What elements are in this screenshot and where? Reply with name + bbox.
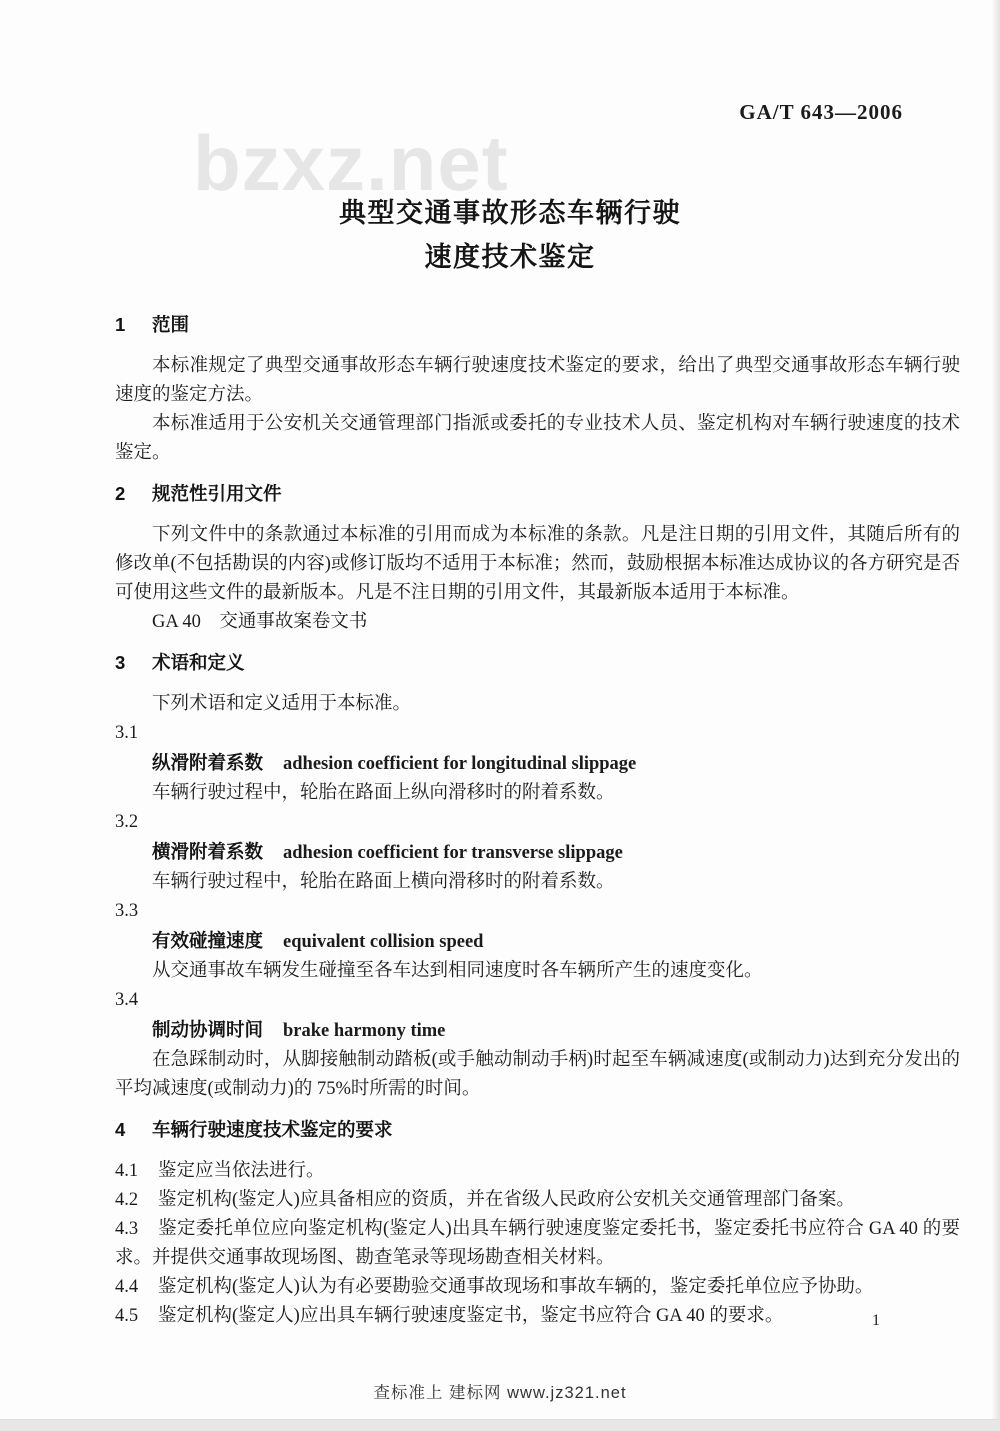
document-page: GA/T 643—2006 bzxz.net 典型交通事故形态车辆行驶 速度技术… — [0, 0, 1000, 1431]
term-3-1-definition: 车辆行驶过程中，轮胎在路面上纵向滑移时的附着系数。 — [115, 779, 960, 808]
term-3-2-name-zh: 横滑附着系数 — [152, 841, 263, 862]
section-1-paragraph-2: 本标准适用于公安机关交通管理部门指派或委托的专业技术人员、鉴定机构对车辆行驶速度… — [115, 410, 960, 468]
section-3-number: 3 — [115, 648, 152, 677]
term-3-1-name-en: adhesion coefficient for longitudinal sl… — [283, 754, 636, 774]
section-1-title: 范围 — [152, 314, 189, 335]
clause-4-2: 4.2鉴定机构(鉴定人)应具备相应的资质，并在省级人民政府公安机关交通管理部门备… — [115, 1186, 960, 1215]
term-3-1-number: 3.1 — [115, 719, 960, 748]
clause-4-5-number: 4.5 — [115, 1302, 158, 1331]
section-1-heading: 1范围 — [115, 310, 960, 339]
clause-4-2-number: 4.2 — [115, 1186, 158, 1215]
scan-edge-bottom — [0, 1419, 1000, 1431]
section-2-paragraph-1: 下列文件中的条款通过本标准的引用而成为本标准的条款。凡是注日期的引用文件，其随后… — [115, 521, 960, 608]
clause-4-3: 4.3鉴定委托单位应向鉴定机构(鉴定人)出具车辆行驶速度鉴定委托书，鉴定委托书应… — [115, 1215, 960, 1273]
section-3-heading: 3术语和定义 — [115, 648, 960, 677]
clause-4-5: 4.5鉴定机构(鉴定人)应出具车辆行驶速度鉴定书，鉴定书应符合 GA 40 的要… — [115, 1302, 960, 1331]
document-title: 典型交通事故形态车辆行驶 速度技术鉴定 — [0, 191, 1000, 279]
section-1-paragraph-1: 本标准规定了典型交通事故形态车辆行驶速度技术鉴定的要求，给出了典型交通事故形态车… — [115, 352, 960, 410]
section-3-intro: 下列术语和定义适用于本标准。 — [115, 690, 960, 719]
term-3-3-name-en: equivalent collision speed — [283, 932, 483, 952]
term-3-2-definition: 车辆行驶过程中，轮胎在路面上横向滑移时的附着系数。 — [115, 868, 960, 897]
clause-4-4: 4.4鉴定机构(鉴定人)认为有必要勘验交通事故现场和事故车辆的，鉴定委托单位应予… — [115, 1273, 960, 1302]
section-4-title: 车辆行驶速度技术鉴定的要求 — [152, 1119, 393, 1140]
clause-4-4-text: 鉴定机构(鉴定人)认为有必要勘验交通事故现场和事故车辆的，鉴定委托单位应予协助。 — [158, 1277, 873, 1297]
term-3-1-name-zh: 纵滑附着系数 — [152, 752, 263, 773]
clause-4-4-number: 4.4 — [115, 1273, 158, 1302]
clause-4-1: 4.1鉴定应当依法进行。 — [115, 1157, 960, 1186]
section-4-number: 4 — [115, 1115, 152, 1144]
term-3-4-name-zh: 制动协调时间 — [152, 1019, 263, 1040]
term-3-4-name: 制动协调时间brake harmony time — [115, 1015, 960, 1046]
section-2-number: 2 — [115, 479, 152, 508]
clause-4-5-text: 鉴定机构(鉴定人)应出具车辆行驶速度鉴定书，鉴定书应符合 GA 40 的要求。 — [158, 1306, 783, 1326]
term-3-3-definition: 从交通事故车辆发生碰撞至各车达到相同速度时各车辆所产生的速度变化。 — [115, 957, 960, 986]
clause-4-1-text: 鉴定应当依法进行。 — [158, 1161, 325, 1181]
section-2-heading: 2规范性引用文件 — [115, 479, 960, 508]
term-3-2-name-en: adhesion coefficient for transverse slip… — [283, 843, 623, 863]
section-1-number: 1 — [115, 310, 152, 339]
term-3-3-number: 3.3 — [115, 897, 960, 926]
term-3-3-name-zh: 有效碰撞速度 — [152, 930, 263, 951]
term-3-4-definition: 在急踩制动时，从脚接触制动踏板(或手触动制动手柄)时起至车辆减速度(或制动力)达… — [115, 1046, 960, 1104]
term-3-2-name: 横滑附着系数adhesion coefficient for transvers… — [115, 837, 960, 868]
term-3-2-number: 3.2 — [115, 808, 960, 837]
term-3-1-name: 纵滑附着系数adhesion coefficient for longitudi… — [115, 748, 960, 779]
term-3-4-name-en: brake harmony time — [283, 1021, 445, 1041]
term-3-4-number: 3.4 — [115, 986, 960, 1015]
section-2-title: 规范性引用文件 — [152, 483, 282, 504]
footer-site-line: 查标准上 建标网 www.jz321.net — [0, 1379, 1000, 1403]
clause-4-1-number: 4.1 — [115, 1157, 158, 1186]
term-3-3-name: 有效碰撞速度equivalent collision speed — [115, 926, 960, 957]
clause-4-3-number: 4.3 — [115, 1215, 158, 1244]
clause-4-3-text: 鉴定委托单位应向鉴定机构(鉴定人)出具车辆行驶速度鉴定委托书，鉴定委托书应符合 … — [115, 1219, 960, 1268]
title-line-2: 速度技术鉴定 — [20, 235, 1000, 279]
section-4-heading: 4车辆行驶速度技术鉴定的要求 — [115, 1115, 960, 1144]
clause-4-2-text: 鉴定机构(鉴定人)应具备相应的资质，并在省级人民政府公安机关交通管理部门备案。 — [158, 1190, 855, 1210]
document-body: 1范围 本标准规定了典型交通事故形态车辆行驶速度技术鉴定的要求，给出了典型交通事… — [115, 310, 960, 1331]
section-2-reference-ga40: GA 40 交通事故案卷文书 — [115, 608, 960, 637]
standard-code: GA/T 643—2006 — [739, 100, 903, 125]
title-line-1: 典型交通事故形态车辆行驶 — [20, 191, 1000, 235]
section-3-title: 术语和定义 — [152, 652, 245, 673]
